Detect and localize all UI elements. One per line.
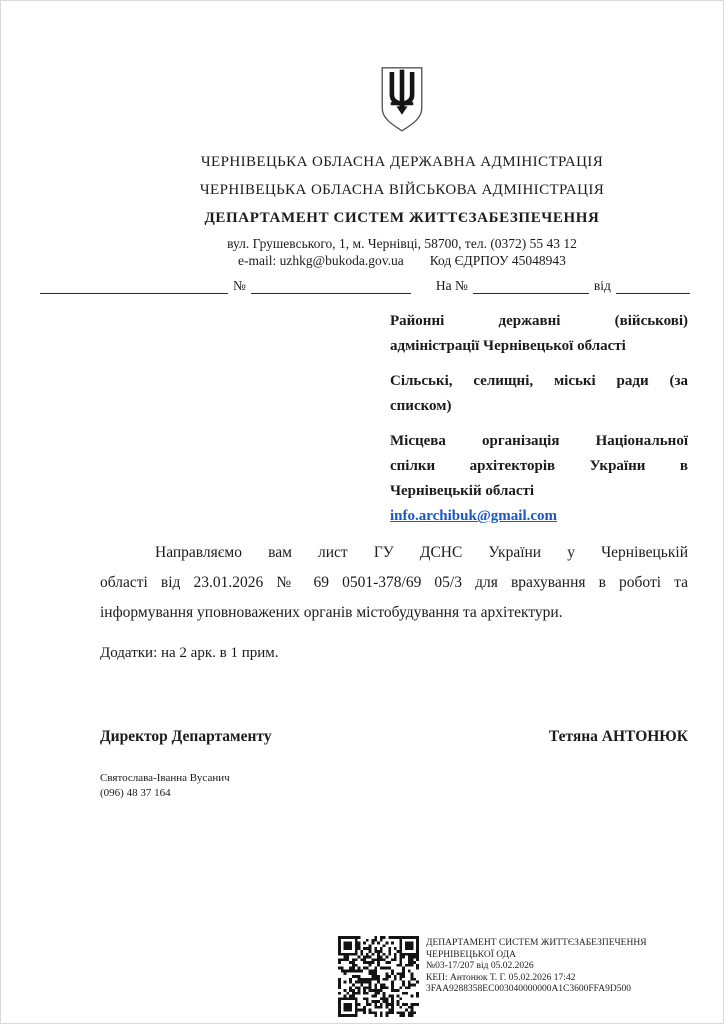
reference-line: № На № від [40, 278, 690, 294]
executor-name: Святослава-Іванна Вусанич [100, 771, 230, 786]
department-name: ДЕПАРТАМЕНТ СИСТЕМ ЖИТТЄЗАБЕЗПЕЧЕННЯ [80, 204, 724, 232]
stamp-hash: 3FAA9288358EC003040000000A1C3600FFA9D500 [426, 984, 706, 996]
recipients-block: Районні державні (військові) адміністрац… [390, 309, 688, 539]
recipient-architects-union: Місцева організація Національної спілки … [390, 429, 688, 529]
address-line: вул. Грушевського, 1, м. Чернівці, 58700… [80, 235, 724, 252]
stamp-text-block: ДЕПАРТАМЕНТ СИСТЕМ ЖИТТЄЗАБЕЗПЕЧЕННЯ ЧЕР… [426, 936, 706, 996]
recipient-email-link[interactable]: info.archibuk@gmail.com [390, 504, 557, 529]
executor-block: Святослава-Іванна Вусанич (096) 48 37 16… [100, 771, 230, 801]
qr-code [338, 936, 419, 1017]
letterhead: ЧЕРНІВЕЦЬКА ОБЛАСНА ДЕРЖАВНА АДМІНІСТРАЦ… [80, 66, 724, 269]
e-signature-stamp: ДЕПАРТАМЕНТ СИСТЕМ ЖИТТЄЗАБЕЗПЕЧЕННЯ ЧЕР… [338, 936, 706, 1017]
signature-position: Директор Департаменту [100, 728, 272, 746]
ukraine-trident-emblem [80, 66, 724, 139]
stamp-doc-number: №03-17/207 від 05.02.2026 [426, 961, 706, 973]
org-name-military-administration: ЧЕРНІВЕЦЬКА ОБЛАСНА ВІЙСЬКОВА АДМІНІСТРА… [80, 176, 724, 204]
number-label: № [228, 278, 251, 294]
stamp-org-line: ДЕПАРТАМЕНТ СИСТЕМ ЖИТТЄЗАБЕЗПЕЧЕННЯ [426, 938, 706, 950]
incoming-date-blank [616, 278, 690, 294]
executor-phone: (096) 48 37 164 [100, 786, 230, 801]
contact-line: e-mail: uzhkg@bukoda.gov.uaКод ЄДРПОУ 45… [80, 252, 724, 269]
signature-row: Директор Департаменту Тетяна АНТОНЮК [100, 728, 688, 746]
stamp-org-line2: ЧЕРНІВЕЦЬКОЇ ОДА [426, 950, 706, 962]
recipient-district-administrations: Районні державні (військові) адміністрац… [390, 309, 688, 359]
outgoing-date-blank [40, 278, 228, 294]
incoming-number-blank [473, 278, 589, 294]
body-paragraph: Направляємо вам лист ГУ ДСНС України у Ч… [100, 538, 688, 628]
recipient-councils: Сільські, селищні, міські ради (за списк… [390, 369, 688, 419]
attachments-line: Додатки: на 2 арк. в 1 прим. [100, 645, 279, 662]
document-page: ЧЕРНІВЕЦЬКА ОБЛАСНА ДЕРЖАВНА АДМІНІСТРАЦ… [0, 0, 724, 1024]
org-email: e-mail: uzhkg@bukoda.gov.ua [238, 253, 404, 268]
org-name-state-administration: ЧЕРНІВЕЦЬКА ОБЛАСНА ДЕРЖАВНА АДМІНІСТРАЦ… [80, 148, 724, 176]
stamp-kep-line: КЕП: Антонюк Т. Г. 05.02.2026 17:42 [426, 973, 706, 985]
from-label: від [589, 278, 616, 294]
on-number-label: На № [431, 278, 473, 294]
outgoing-number-blank [251, 278, 411, 294]
edrpou-code: Код ЄДРПОУ 45048943 [430, 253, 566, 268]
signatory-name: Тетяна АНТОНЮК [549, 728, 688, 746]
